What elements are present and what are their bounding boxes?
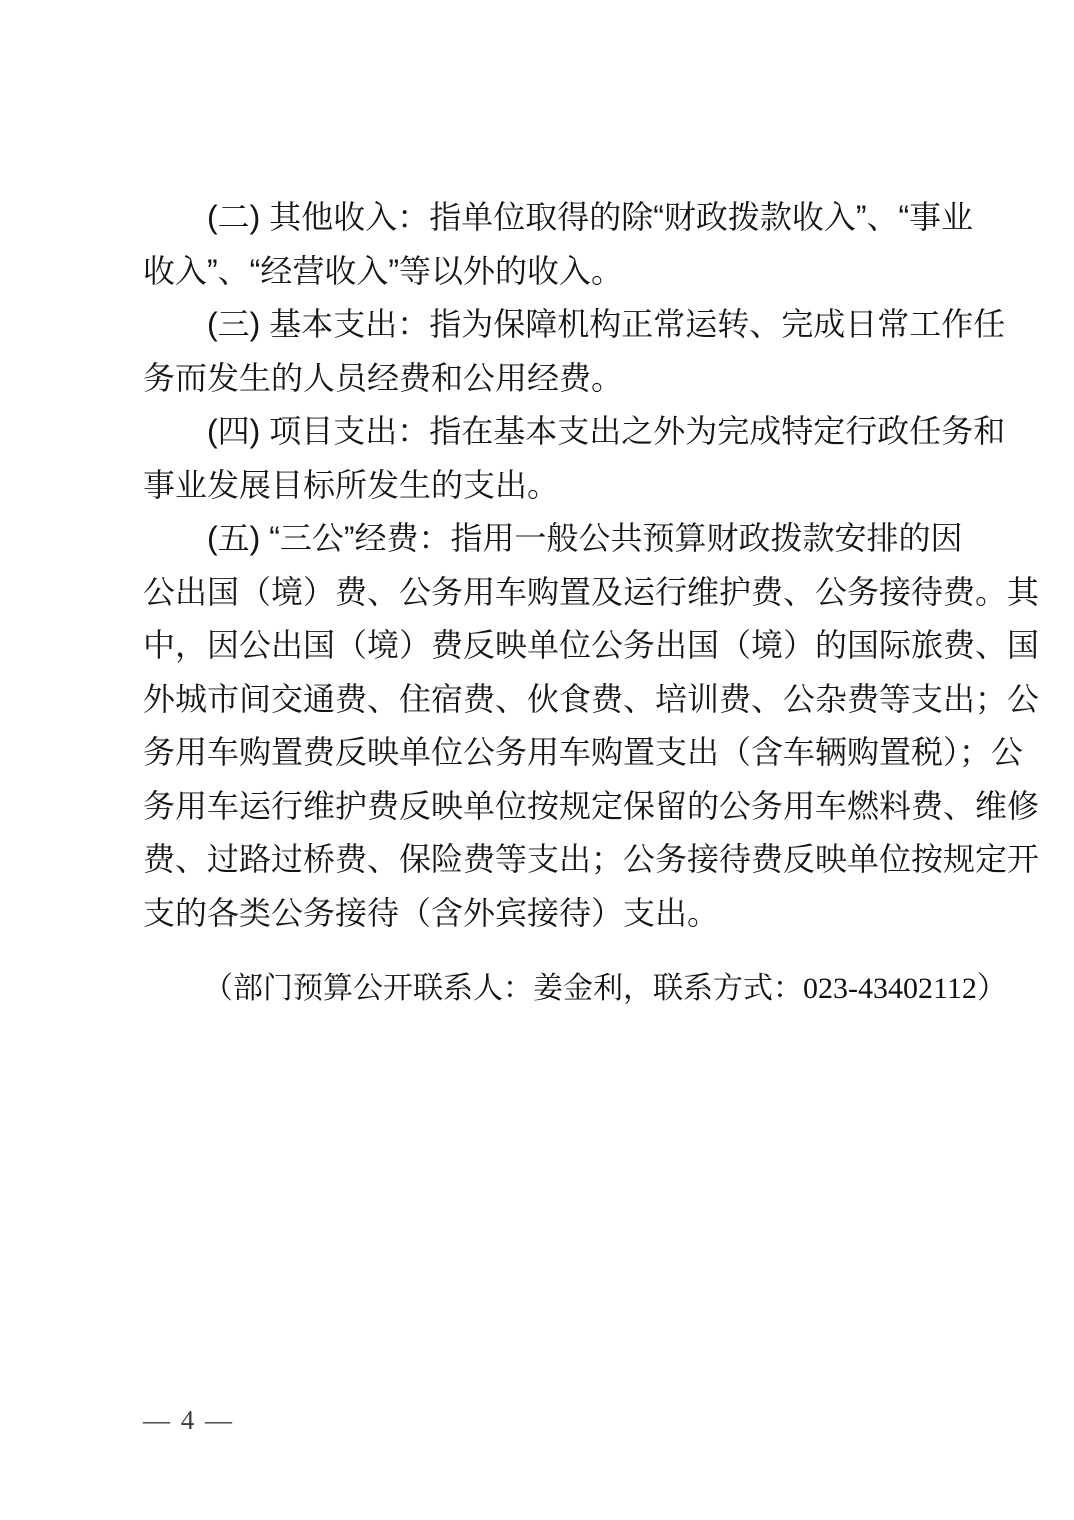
paragraph-project-expenditure: (四) 项目支出：指在基本支出之外为完成特定行政任务和 事业发展目标所发生的支出…	[143, 405, 943, 512]
paragraph-other-income: (二) 其他收入：指单位取得的除“财政拨款收入”、“事业 收入”、“经营收入”等…	[143, 191, 943, 298]
paragraph-line: 支的各类公务接待（含外宾接待）支出。	[143, 887, 943, 941]
paragraph-basic-expenditure: (三) 基本支出：指为保障机构正常运转、完成日常工作任 务而发生的人员经费和公用…	[143, 298, 943, 405]
paragraph-line: 务而发生的人员经费和公用经费。	[143, 352, 943, 406]
page-footer: — 4 —	[143, 1404, 234, 1436]
document-body: (二) 其他收入：指单位取得的除“财政拨款收入”、“事业 收入”、“经营收入”等…	[143, 191, 943, 1016]
paragraph-three-public-funds: (五) “三公”经费：指用一般公共预算财政拨款安排的因 公出国（境）费、公务用车…	[143, 512, 943, 940]
paragraph-line: 费、过路过桥费、保险费等支出；公务接待费反映单位按规定开	[143, 833, 943, 887]
paragraph-line: 事业发展目标所发生的支出。	[143, 459, 943, 513]
paragraph-line: 外城市间交通费、住宿费、伙食费、培训费、公杂费等支出；公	[143, 673, 943, 727]
budget-contact-line: （部门预算公开联系人：姜金利，联系方式：023-43402112）	[143, 962, 943, 1016]
paragraph-line: 务用车运行维护费反映单位按规定保留的公务用车燃料费、维修	[143, 780, 943, 834]
paragraph-line: (四) 项目支出：指在基本支出之外为完成特定行政任务和	[143, 405, 943, 459]
paragraph-line: 务用车购置费反映单位公务用车购置支出（含车辆购置税）；公	[143, 726, 943, 780]
paragraph-line: (三) 基本支出：指为保障机构正常运转、完成日常工作任	[143, 298, 943, 352]
page-number: — 4 —	[143, 1405, 234, 1435]
document-page: (二) 其他收入：指单位取得的除“财政拨款收入”、“事业 收入”、“经营收入”等…	[0, 0, 1074, 1520]
paragraph-line: 中，因公出国（境）费反映单位公务出国（境）的国际旅费、国	[143, 619, 943, 673]
paragraph-line: 公出国（境）费、公务用车购置及运行维护费、公务接待费。其	[143, 566, 943, 620]
paragraph-line: 收入”、“经营收入”等以外的收入。	[143, 245, 943, 299]
paragraph-line: (五) “三公”经费：指用一般公共预算财政拨款安排的因	[143, 512, 943, 566]
paragraph-line: (二) 其他收入：指单位取得的除“财政拨款收入”、“事业	[143, 191, 943, 245]
